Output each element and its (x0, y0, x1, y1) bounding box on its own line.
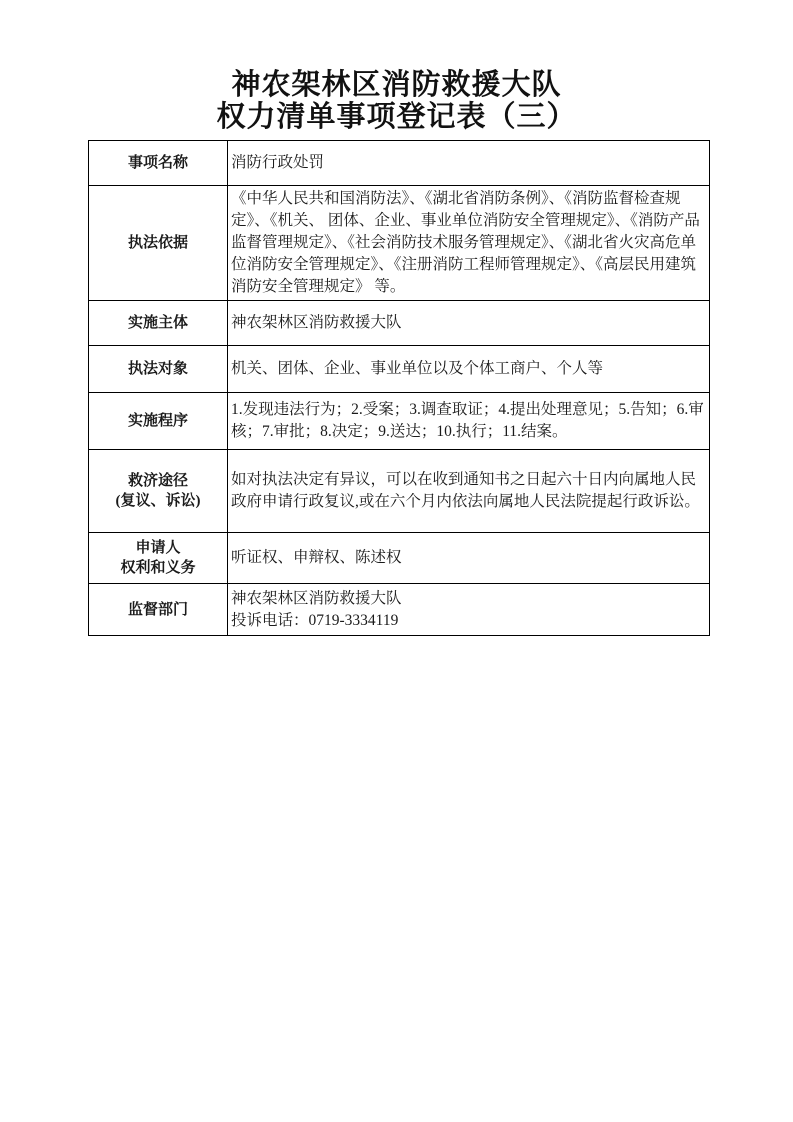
row-label: 申请人 权利和义务 (89, 533, 228, 584)
row-content: 机关、团体、企业、事业单位以及个体工商户、个人等 (228, 346, 710, 393)
row-label: 监督部门 (89, 584, 228, 636)
row-content: 消防行政处罚 (228, 141, 710, 186)
row-label: 事项名称 (89, 141, 228, 186)
row-content: 神农架林区消防救援大队 投诉电话：0719-3334119 (228, 584, 710, 636)
table-row-supervision-department: 监督部门 神农架林区消防救援大队 投诉电话：0719-3334119 (89, 584, 710, 636)
row-label: 救济途径 (复议、诉讼) (89, 450, 228, 533)
row-content: 听证权、申辩权、陈述权 (228, 533, 710, 584)
document-title-line1: 神农架林区消防救援大队 (231, 69, 561, 101)
table-row-applicant-rights: 申请人 权利和义务 听证权、申辩权、陈述权 (89, 533, 710, 584)
table-row-relief-channels: 救济途径 (复议、诉讼) 如对执法决定有异议，可以在收到通知书之日起六十日内向属… (89, 450, 710, 533)
document-title-line2: 权力清单事项登记表（三） (216, 101, 576, 133)
table-row-enforcement-target: 执法对象 机关、团体、企业、事业单位以及个体工商户、个人等 (89, 346, 710, 393)
registration-table: 事项名称 消防行政处罚 执法依据 《中华人民共和国消防法》、《湖北省消防条例》、… (88, 140, 710, 636)
row-label: 执法依据 (89, 186, 228, 301)
document-page: 神农架林区消防救援大队 权力清单事项登记表（三） 事项名称 消防行政处罚 执法依… (0, 0, 793, 1122)
row-label: 实施主体 (89, 301, 228, 346)
table-row-item-name: 事项名称 消防行政处罚 (89, 141, 710, 186)
row-label: 实施程序 (89, 393, 228, 450)
table-row-legal-basis: 执法依据 《中华人民共和国消防法》、《湖北省消防条例》、《消防监督检查规定》、《… (89, 186, 710, 301)
document-title: 神农架林区消防救援大队 权力清单事项登记表（三） (0, 70, 793, 134)
row-label: 执法对象 (89, 346, 228, 393)
row-content: 如对执法决定有异议，可以在收到通知书之日起六十日内向属地人民政府申请行政复议,或… (228, 450, 710, 533)
table-row-procedure: 实施程序 1.发现违法行为；2.受案；3.调查取证；4.提出处理意见；5.告知；… (89, 393, 710, 450)
row-content: 1.发现违法行为；2.受案；3.调查取证；4.提出处理意见；5.告知；6.审核；… (228, 393, 710, 450)
table-row-implementing-body: 实施主体 神农架林区消防救援大队 (89, 301, 710, 346)
row-content: 神农架林区消防救援大队 (228, 301, 710, 346)
row-content: 《中华人民共和国消防法》、《湖北省消防条例》、《消防监督检查规定》、《机关、 团… (228, 186, 710, 301)
